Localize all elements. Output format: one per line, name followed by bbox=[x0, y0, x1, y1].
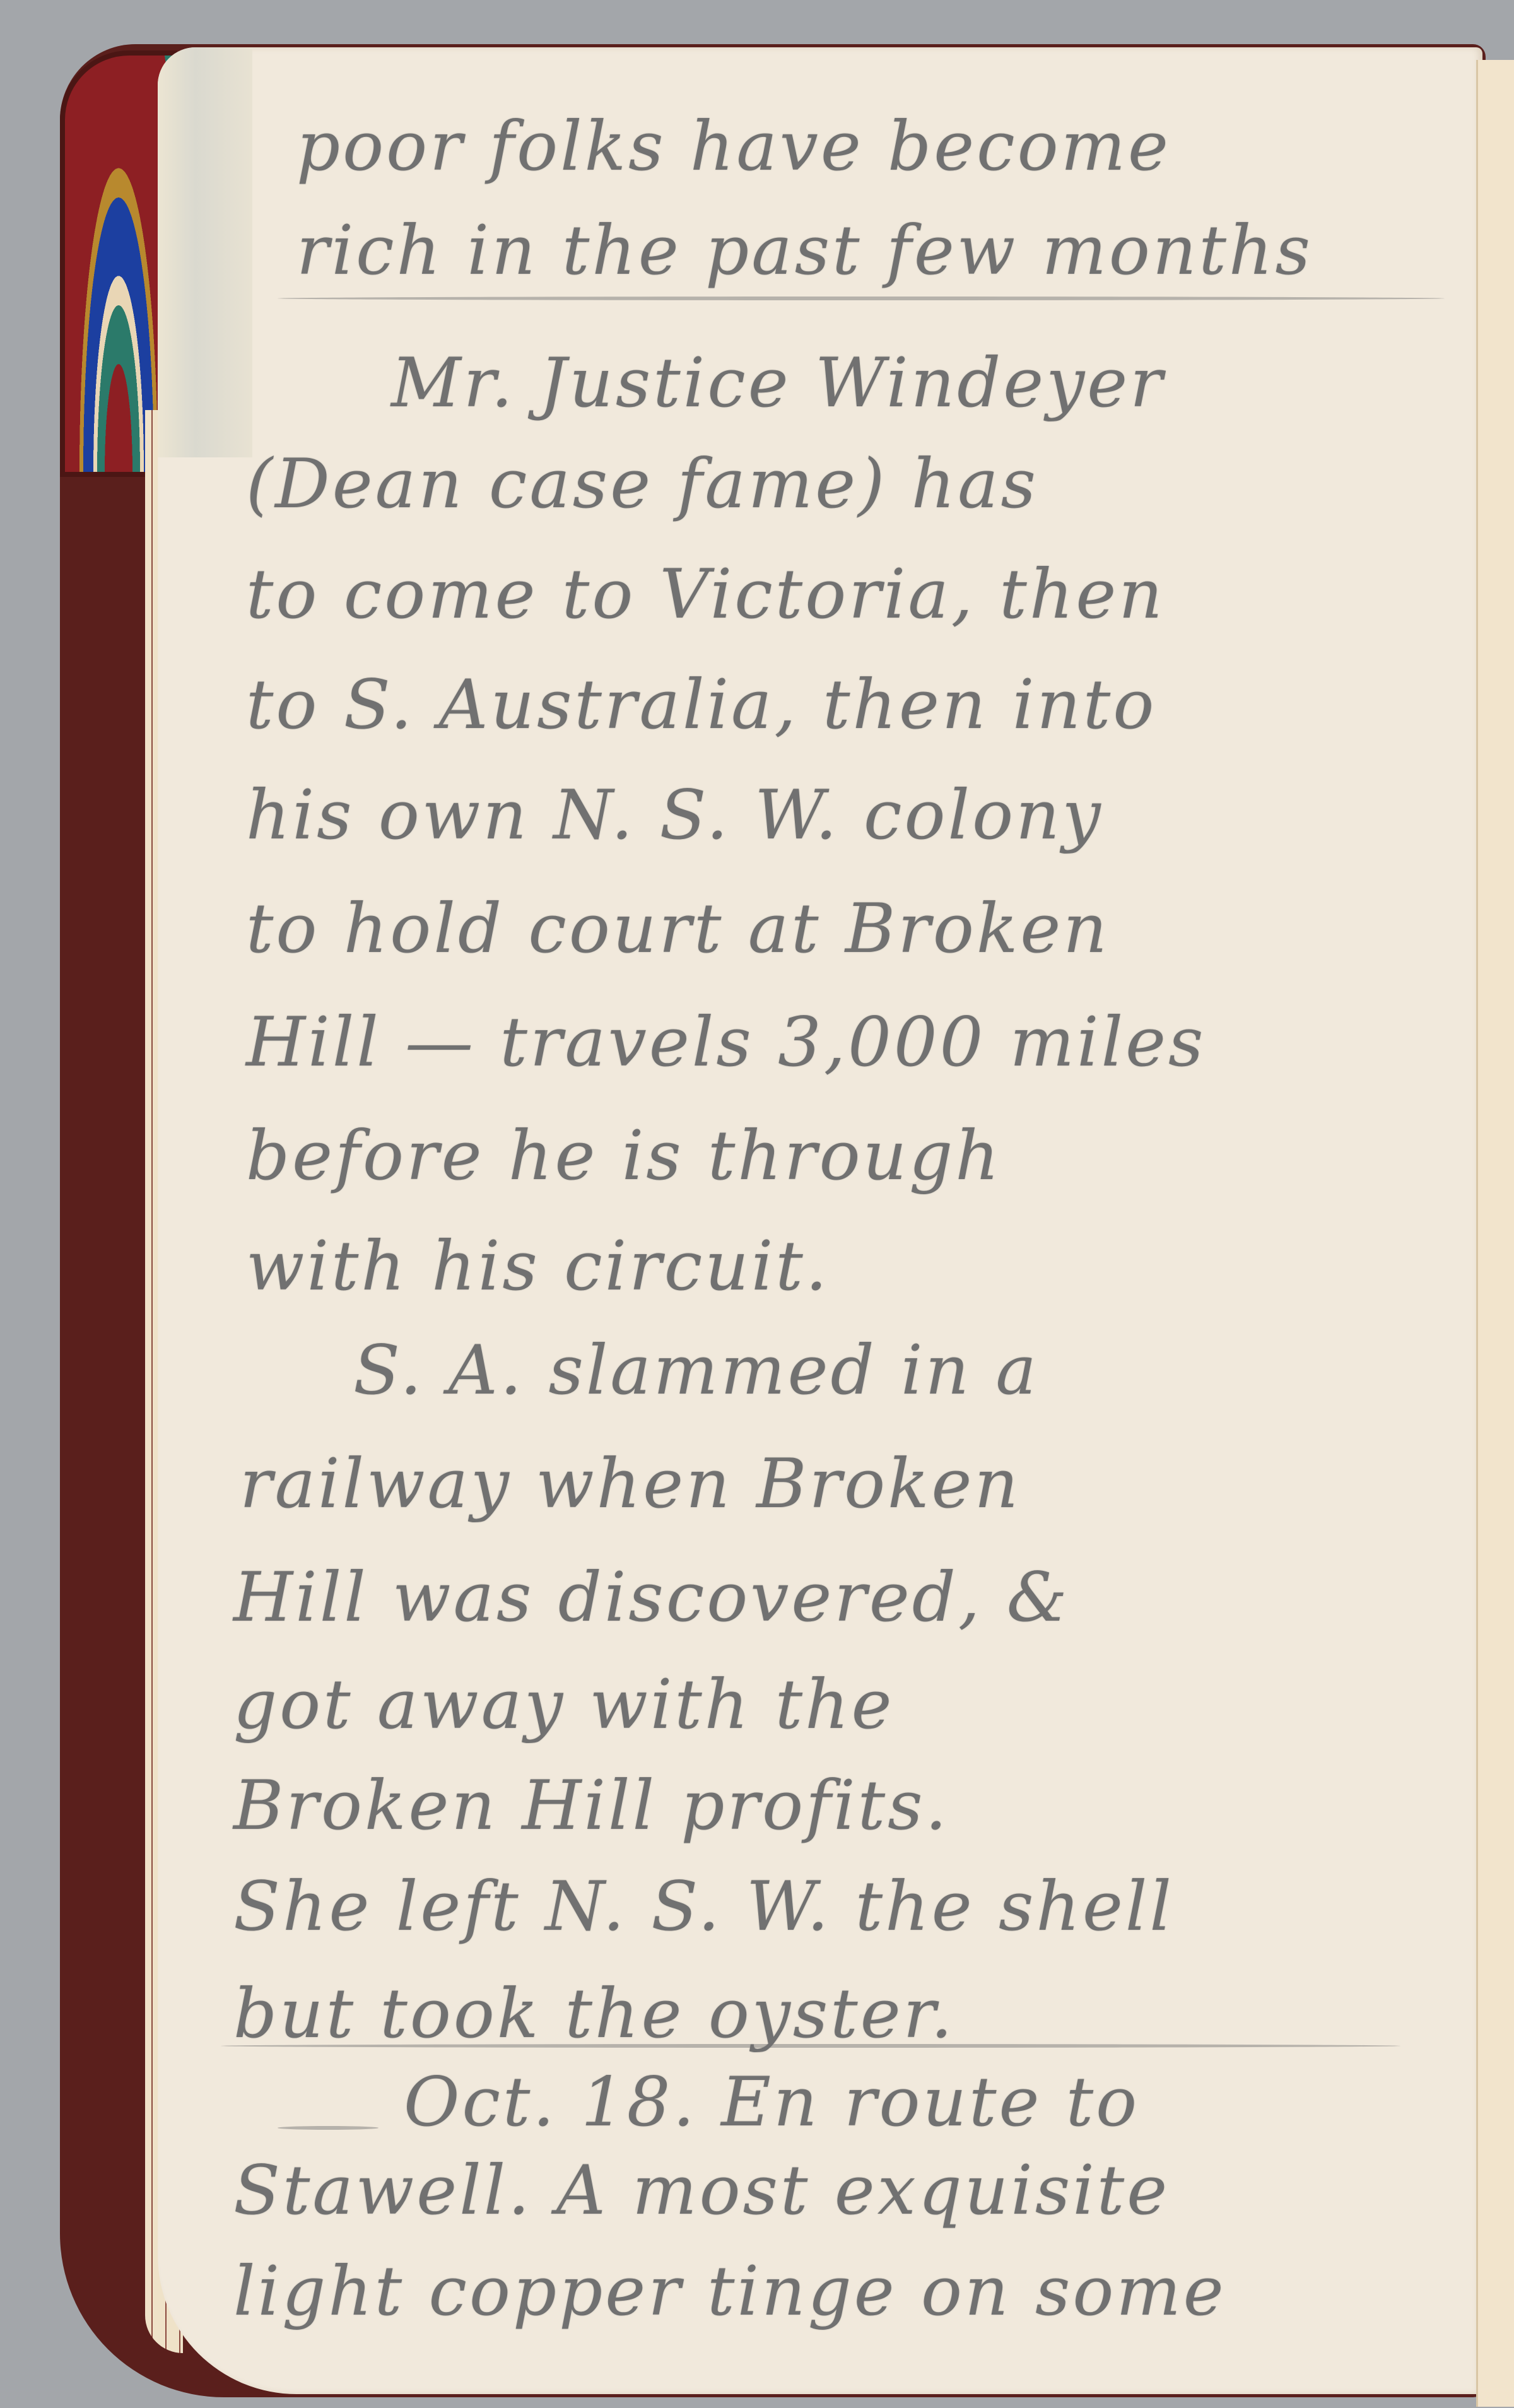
text-line: Hill was discovered, & bbox=[233, 1558, 1070, 1637]
text-line: Mr. Justice Windeyer bbox=[391, 344, 1165, 423]
text-line: his own N. S. W. colony bbox=[246, 776, 1103, 855]
text-line: before he is through bbox=[246, 1117, 1002, 1195]
text-line: light copper tinge on some bbox=[233, 2252, 1226, 2331]
date-heading: Oct. 18. En route to bbox=[404, 2063, 1139, 2142]
text-line: got away with the bbox=[233, 1665, 895, 1744]
text-line: poor folks have become bbox=[296, 107, 1171, 186]
date-underline bbox=[278, 2126, 378, 2130]
divider-line bbox=[221, 2044, 1400, 2048]
divider-line bbox=[278, 297, 1445, 300]
text-line: to hold court at Broken bbox=[246, 890, 1110, 968]
text-line: Stawell. A most exquisite bbox=[233, 2151, 1170, 2230]
text-line: but took the oyster. bbox=[233, 1975, 955, 2053]
folded-corner bbox=[158, 47, 252, 457]
adjacent-page bbox=[1476, 60, 1514, 2407]
text-line: She left N. S. W. the shell bbox=[233, 1867, 1174, 1946]
text-line: Broken Hill profits. bbox=[233, 1766, 949, 1845]
text-line: to come to Victoria, then bbox=[246, 555, 1165, 634]
text-line: Hill — travels 3,000 miles bbox=[246, 1003, 1206, 1082]
text-line: S. A. slammed in a bbox=[353, 1331, 1039, 1410]
text-line: (Dean case fame) has bbox=[246, 445, 1038, 524]
text-line: railway when Broken bbox=[240, 1445, 1021, 1524]
text-line: rich in the past few months bbox=[296, 211, 1313, 290]
text-line: with his circuit. bbox=[246, 1227, 830, 1306]
text-line: to S. Australia, then into bbox=[246, 666, 1156, 744]
